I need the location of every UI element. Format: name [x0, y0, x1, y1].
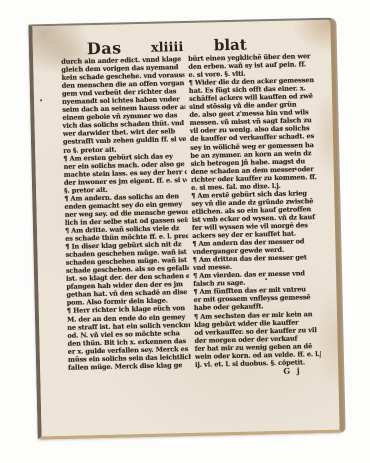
ink-speck: [281, 127, 283, 129]
text-line: ij. vl. et. l. si duobus. §. cōpetit.: [195, 358, 321, 369]
folio-number: xliiii: [151, 40, 184, 56]
ink-speck: [265, 278, 267, 280]
ink-speck: [295, 167, 297, 170]
header-word-blat: blat: [214, 36, 247, 55]
header-word-das: Das: [87, 38, 122, 58]
signature-mark: G j: [283, 365, 302, 375]
scan-background: Das xliiii blat durch ain ander edict. v…: [0, 0, 370, 463]
text-column-right: bürt einen yegklichē über den werden erb…: [188, 52, 321, 369]
book-page: Das xliiii blat durch ain ander edict. v…: [28, 18, 343, 440]
ink-speck: [40, 99, 42, 101]
text-line: fallen müge. Merck dise klag ge: [68, 361, 191, 372]
text-column-left: durch ain ander edict. vnnd klagegleich …: [61, 55, 191, 372]
